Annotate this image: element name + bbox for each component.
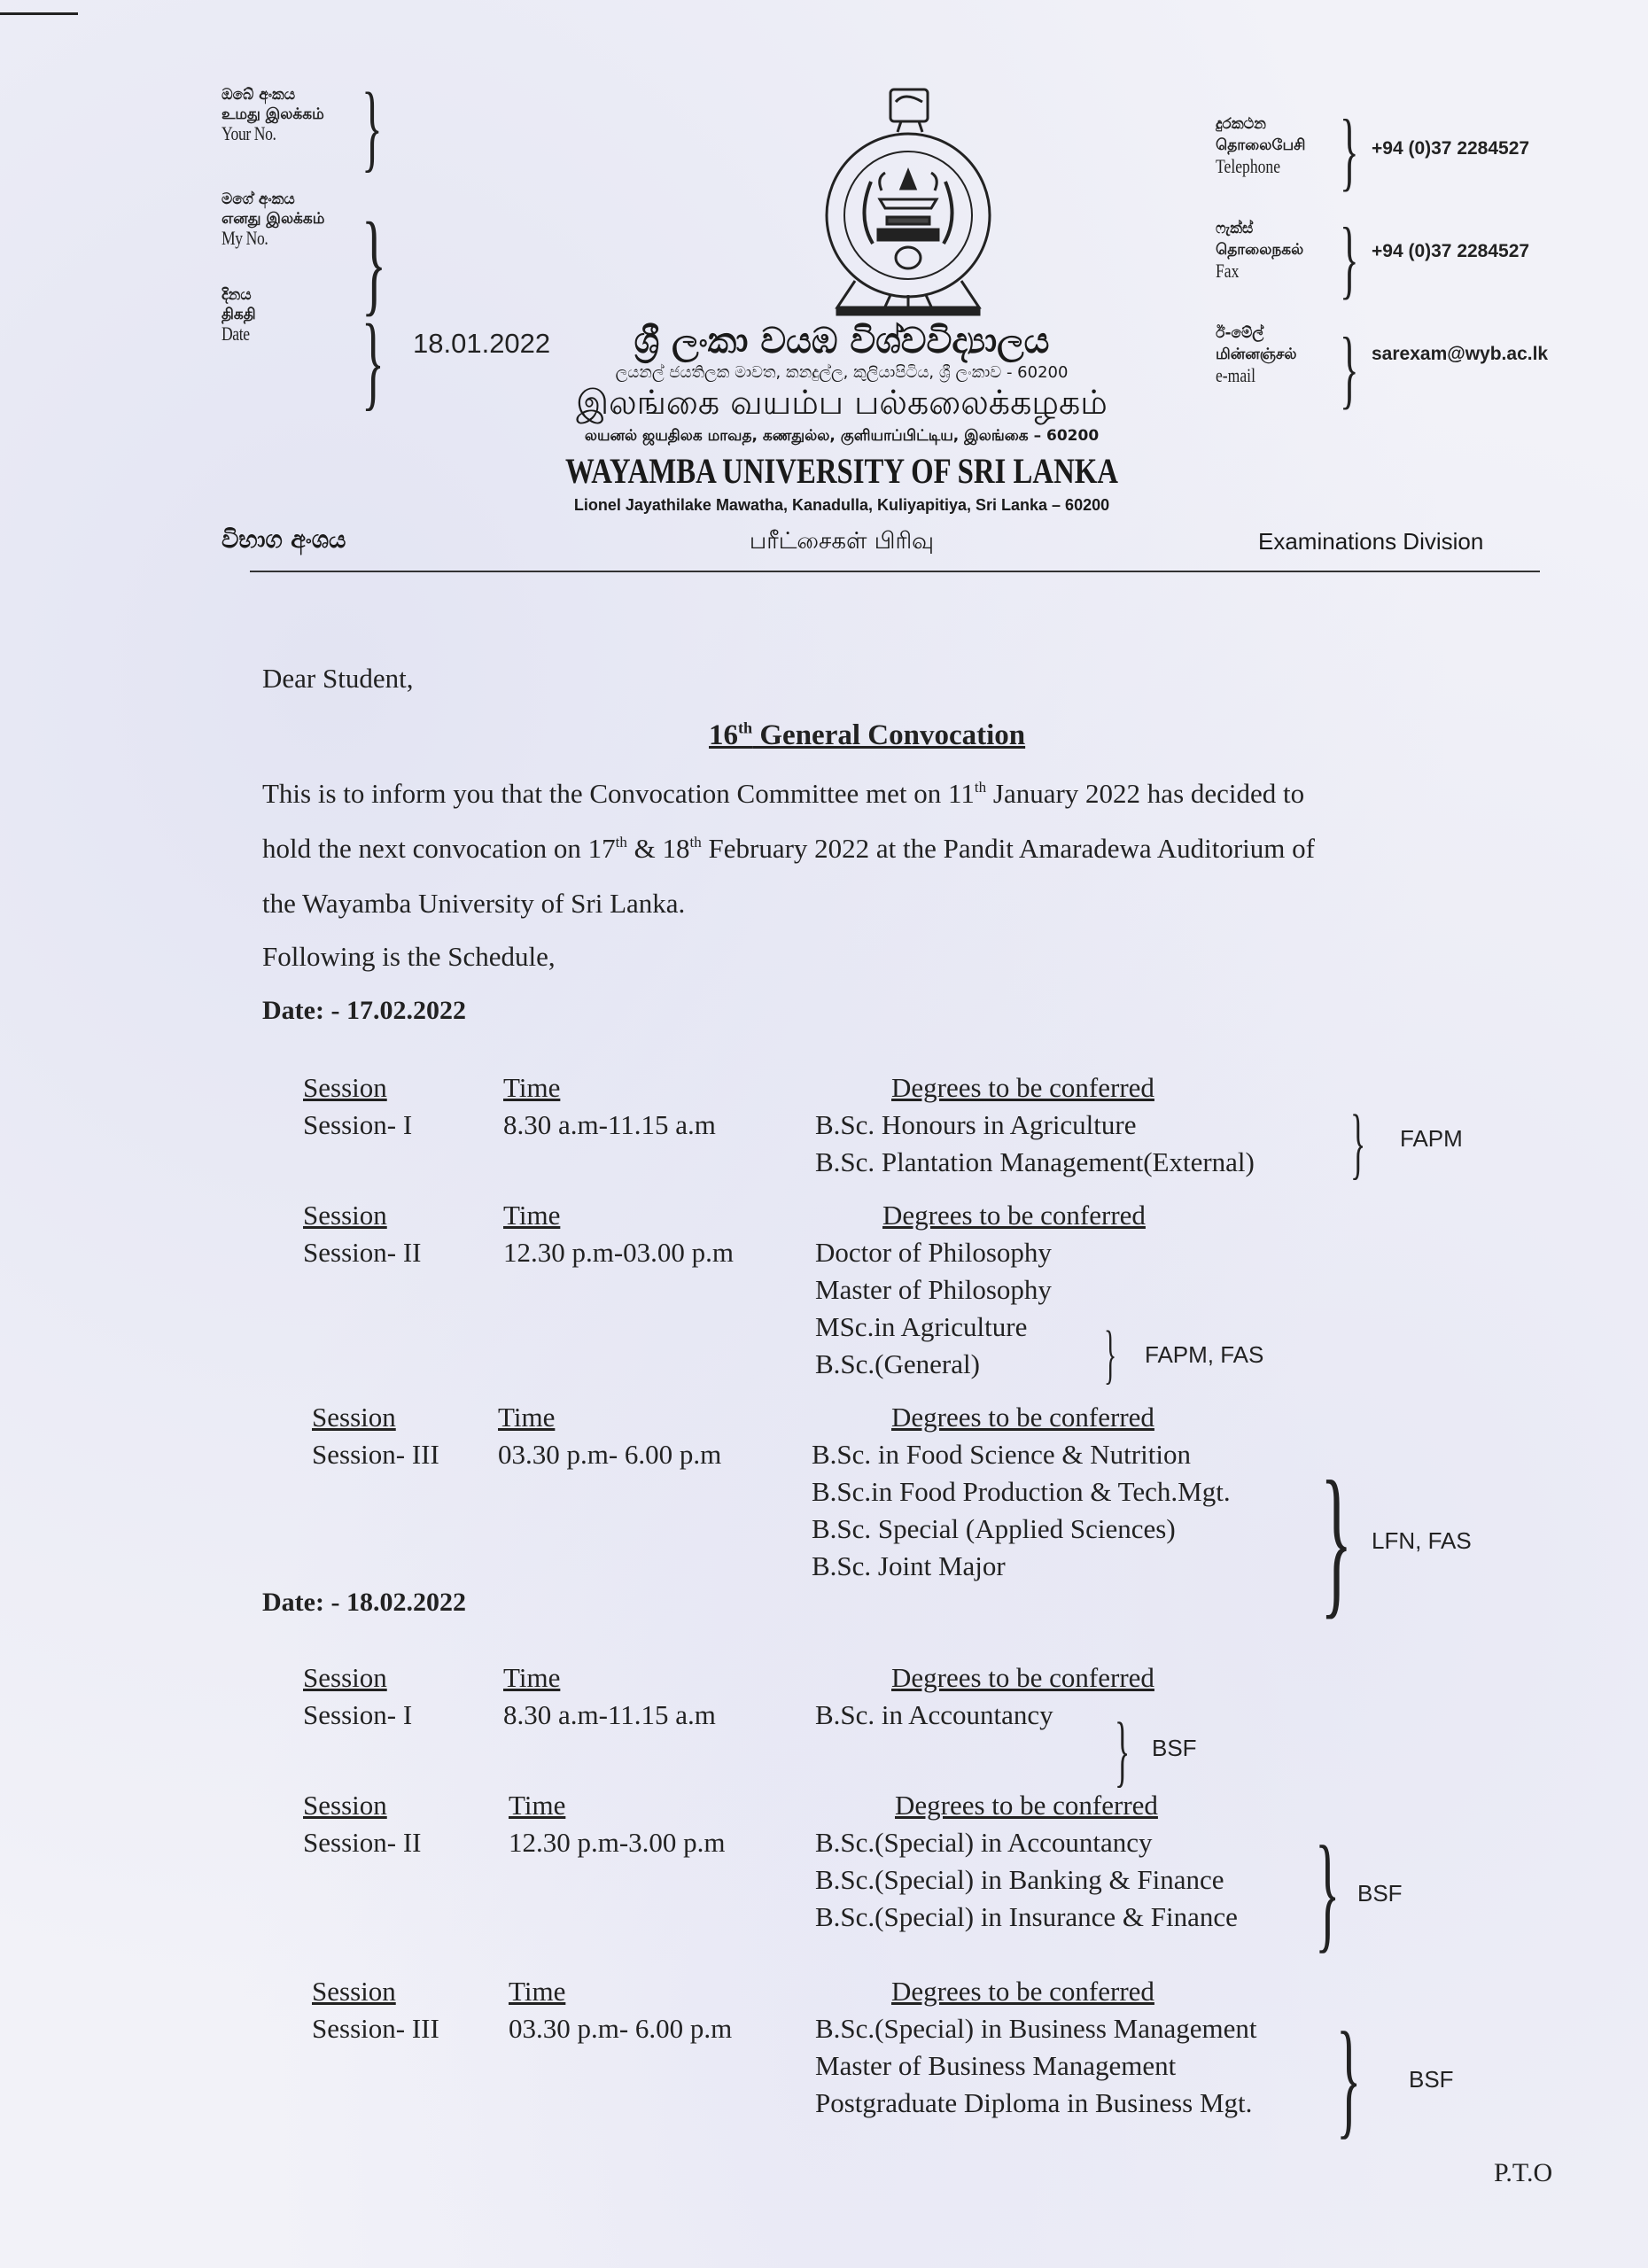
date-ta: திகதி xyxy=(222,305,257,324)
fax-en: Fax xyxy=(1216,260,1239,282)
paragraph-line-3: the Wayamba University of Sri Lanka. xyxy=(262,888,685,920)
session-time: 12.30 p.m-3.00 p.m xyxy=(509,1827,726,1859)
email-si: ඊ-මේල් xyxy=(1216,322,1297,344)
salutation: Dear Student, xyxy=(262,663,413,695)
time-column-header: Time xyxy=(503,1072,560,1104)
session-time: 8.30 a.m-11.15 a.m xyxy=(503,1699,716,1731)
session-column-header: Session xyxy=(312,1976,396,2008)
my-no-si: මගේ අංකය xyxy=(222,190,325,209)
brace-icon: } xyxy=(1340,324,1359,413)
my-no-ta: எனது இலக்கம் xyxy=(222,209,325,229)
schedule-intro: Following is the Schedule, xyxy=(262,941,556,973)
session-time: 12.30 p.m-03.00 p.m xyxy=(503,1237,734,1269)
sup: th xyxy=(690,834,702,850)
telephone-value: +94 (0)37 2284527 xyxy=(1372,138,1529,159)
paragraph-line-1: This is to inform you that the Convocati… xyxy=(262,778,1304,810)
paragraph-line-2: hold the next convocation on 17th & 18th… xyxy=(262,833,1315,865)
session-time: 8.30 a.m-11.15 a.m xyxy=(503,1109,716,1141)
session-column-header: Session xyxy=(303,1072,387,1104)
division-tamil: பரீட்சைகள் பிரிவு xyxy=(496,528,1187,557)
day-1-date: Date: - 17.02.2022 xyxy=(262,996,466,1026)
header-divider xyxy=(250,571,1540,572)
time-column-header: Time xyxy=(503,1200,560,1231)
faculty-code: BSF xyxy=(1357,1880,1403,1907)
address-tamil: லயனல் ஜயதிலக மாவத, கணதுல்ல, குளியாப்பிட்… xyxy=(496,427,1187,447)
degrees-column-header: Degrees to be conferred xyxy=(891,1662,1154,1694)
sup: th xyxy=(616,834,627,850)
faculty-code: LFN, FAS xyxy=(1372,1527,1472,1555)
heading-sup: th xyxy=(738,718,752,736)
text: January 2022 has decided to xyxy=(986,778,1304,809)
time-column-header: Time xyxy=(509,1976,565,2008)
heading-number: 16 xyxy=(709,719,738,751)
degree-item: Postgraduate Diploma in Business Mgt. xyxy=(815,2087,1252,2119)
your-no-en: Your No. xyxy=(222,124,276,144)
your-no-label: ඔබේ අංකය உமது இலக்கம் Your No. xyxy=(222,85,324,145)
degree-item: B.Sc. in Accountancy xyxy=(815,1699,1053,1731)
session-column-header: Session xyxy=(303,1200,387,1231)
email-label: ඊ-මේල් மின்னஞ்சல் e-mail xyxy=(1216,322,1297,388)
session-time: 03.30 p.m- 6.00 p.m xyxy=(498,1439,721,1471)
degrees-column-header: Degrees to be conferred xyxy=(891,1976,1154,2008)
your-no-ta: உமது இலக்கம் xyxy=(222,105,324,124)
degree-item: B.Sc. Honours in Agriculture xyxy=(815,1109,1137,1141)
faculty-code: FAPM xyxy=(1400,1125,1463,1153)
degrees-column-header: Degrees to be conferred xyxy=(891,1072,1154,1104)
degree-item: B.Sc.(General) xyxy=(815,1348,980,1380)
session-name: Session- II xyxy=(303,1827,421,1859)
session-column-header: Session xyxy=(303,1662,387,1694)
session-name: Session- III xyxy=(312,1439,439,1471)
degree-item: B.Sc.(Special) in Business Management xyxy=(815,2013,1257,2045)
brace-icon: } xyxy=(1340,106,1359,195)
division-english: Examinations Division xyxy=(1258,528,1483,555)
date-en: Date xyxy=(222,324,250,344)
degree-item: MSc.in Agriculture xyxy=(815,1311,1027,1343)
session-column-header: Session xyxy=(303,1790,387,1821)
brace-icon: } xyxy=(1115,1712,1130,1791)
heading-text: General Convocation xyxy=(752,719,1025,751)
division-sinhala: විභාග අංශය xyxy=(222,526,346,555)
fax-ta: தொலைநகல் xyxy=(1216,239,1303,260)
fax-si: ෆැක්ස් xyxy=(1216,218,1303,239)
degree-item: B.Sc. Special (Applied Sciences) xyxy=(812,1513,1176,1545)
degree-item: B.Sc.(Special) in Insurance & Finance xyxy=(815,1901,1238,1933)
text: February 2022 at the Pandit Amaradewa Au… xyxy=(702,833,1315,864)
my-no-label: මගේ අංකය எனது இலக்கம் My No. xyxy=(222,190,325,250)
degree-item: Master of Business Management xyxy=(815,2050,1176,2082)
university-name-english: WAYAMBA UNIVERSITY OF SRI LANKA xyxy=(558,450,1125,492)
day-2-date: Date: - 18.02.2022 xyxy=(262,1588,466,1618)
email-value[interactable]: sarexam@wyb.ac.lk xyxy=(1372,344,1548,365)
brace-icon: } xyxy=(1350,1104,1365,1184)
session-name: Session- I xyxy=(303,1109,412,1141)
fax-label: ෆැක්ස් தொலைநகல் Fax xyxy=(1216,218,1303,283)
telephone-en: Telephone xyxy=(1216,156,1280,177)
faculty-code: FAPM, FAS xyxy=(1145,1341,1263,1369)
email-ta: மின்னஞ்சல் xyxy=(1216,344,1297,365)
degree-item: B.Sc.in Food Production & Tech.Mgt. xyxy=(812,1476,1231,1508)
degree-item: Master of Philosophy xyxy=(815,1274,1052,1306)
session-name: Session- I xyxy=(303,1699,412,1731)
degrees-column-header: Degrees to be conferred xyxy=(891,1402,1154,1433)
degree-item: B.Sc.(Special) in Banking & Finance xyxy=(815,1864,1224,1896)
degree-item: Doctor of Philosophy xyxy=(815,1237,1052,1269)
degree-item: B.Sc. Joint Major xyxy=(812,1550,1006,1582)
time-column-header: Time xyxy=(509,1790,565,1821)
telephone-si: දුරකථන xyxy=(1216,113,1305,135)
page-turn-over: P.T.O xyxy=(1494,2158,1552,2188)
degrees-column-header: Degrees to be conferred xyxy=(882,1200,1146,1231)
telephone-label: දුරකථන தொலைபேசி Telephone xyxy=(1216,113,1305,179)
text: & 18 xyxy=(627,833,690,864)
email-en: e-mail xyxy=(1216,365,1255,386)
address-english: Lionel Jayathilake Mawatha, Kanadulla, K… xyxy=(496,496,1187,515)
degrees-column-header: Degrees to be conferred xyxy=(895,1790,1158,1821)
session-name: Session- III xyxy=(312,2013,439,2045)
brace-icon: } xyxy=(1336,2013,1361,2144)
text: hold the next convocation on 17 xyxy=(262,833,616,864)
session-name: Session- II xyxy=(303,1237,421,1269)
faculty-code: BSF xyxy=(1152,1735,1197,1762)
document-heading: 16th General Convocation xyxy=(709,719,1025,752)
brace-icon: } xyxy=(1340,214,1359,303)
university-name-tamil: இலங்கை வயம்ப பல்கலைக்கழகம் xyxy=(496,383,1187,427)
time-column-header: Time xyxy=(498,1402,555,1433)
faculty-code: BSF xyxy=(1409,2066,1454,2093)
university-crest-icon xyxy=(802,84,1014,323)
sup: th xyxy=(975,779,986,796)
brace-icon: } xyxy=(1320,1456,1352,1625)
address-sinhala: ලයනල් ජයතිලක මාවත, කනදුල්ල, කුලියාපිටිය,… xyxy=(496,363,1187,382)
telephone-ta: தொலைபேசி xyxy=(1216,135,1305,156)
scan-edge-mark xyxy=(0,12,78,15)
your-no-si: ඔබේ අංකය xyxy=(222,85,324,105)
brace-icon: } xyxy=(1315,1827,1340,1958)
date-si: දිනය xyxy=(222,285,257,305)
session-column-header: Session xyxy=(312,1402,396,1433)
degree-item: B.Sc. Plantation Management(External) xyxy=(815,1146,1255,1178)
session-time: 03.30 p.m- 6.00 p.m xyxy=(509,2013,732,2045)
text: This is to inform you that the Convocati… xyxy=(262,778,975,809)
date-label: දිනය திகதி Date xyxy=(222,285,257,346)
degree-item: B.Sc.(Special) in Accountancy xyxy=(815,1827,1153,1859)
time-column-header: Time xyxy=(503,1662,560,1694)
degree-item: B.Sc. in Food Science & Nutrition xyxy=(812,1439,1191,1471)
fax-value: +94 (0)37 2284527 xyxy=(1372,241,1529,262)
university-name-sinhala: ශ්‍රී ලංකා වයඹ විශ්වවිද්‍යාලය xyxy=(496,321,1187,361)
my-no-en: My No. xyxy=(222,229,268,248)
brace-icon: } xyxy=(1104,1322,1116,1387)
brace-icon: } xyxy=(361,78,383,175)
brace-icon: } xyxy=(361,308,385,415)
